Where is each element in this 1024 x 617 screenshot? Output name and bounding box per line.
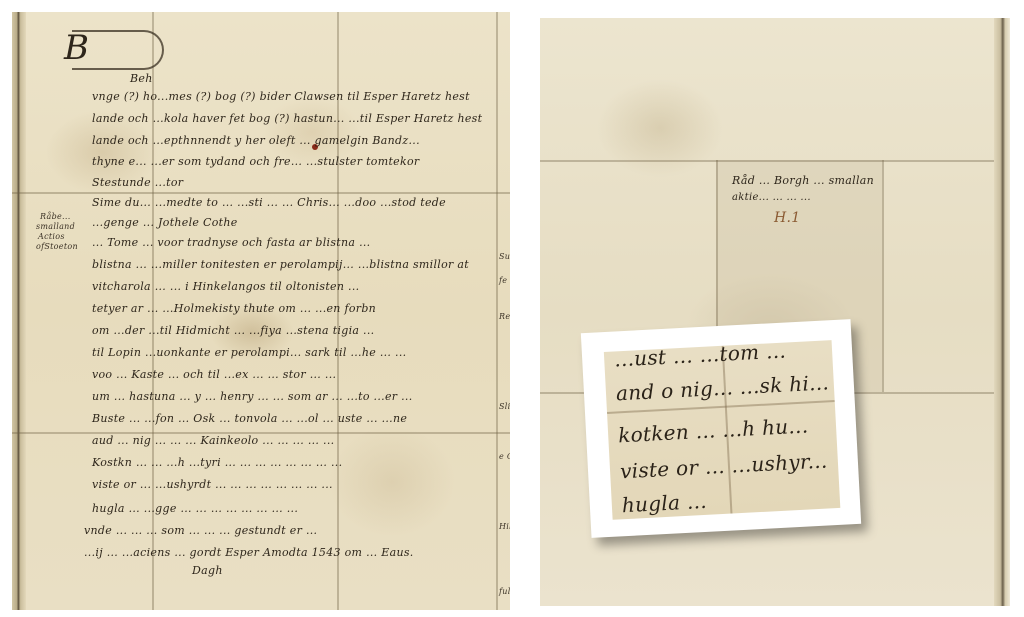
margin-fragment: fe: [499, 276, 507, 285]
handwritten-line: Buste ... ...fon ... Osk ... tonvola ...…: [92, 412, 407, 425]
handwritten-line: vnge (?) ho...mes (?) bog (?) bider Claw…: [92, 90, 470, 103]
handwritten-line: aud ... nig ... ... ... Kainkeolo ... ..…: [92, 434, 334, 447]
margin-fragment: e Gu: [499, 452, 510, 461]
letter-front-page: B Beh vnge (?) ho...mes (?) bog (?) bide…: [12, 12, 510, 610]
inset-handwritten-line: kotken ... ...h hu...: [618, 413, 809, 447]
handwritten-line: til Lopin ...uonkante er perolampi... sa…: [92, 346, 406, 359]
handwritten-line: Beh: [130, 72, 153, 85]
handwritten-line: vitcharola ... ... i Hinkelangos til olt…: [92, 280, 359, 293]
handwritten-line: blistna ... ...miller tonitesten er pero…: [92, 258, 469, 271]
margin-note: ofStoeton: [36, 242, 78, 251]
inset-handwritten-line: hugla ...: [621, 489, 707, 517]
margin-fragment: Re: [499, 312, 510, 321]
margin-fragment: Slitu: [499, 402, 510, 411]
handwritten-line: Dagh: [192, 564, 223, 577]
handwritten-line: voo ... Kaste ... och til ...ex ... ... …: [92, 368, 336, 381]
handwritten-line: vnde ... ... ... som ... ... ... gestund…: [84, 524, 317, 537]
handwritten-line: viste or ... ...ushyrdt ... ... ... ... …: [92, 478, 333, 491]
handwritten-line: om ...der ...til Hidmicht ... ...fiya ..…: [92, 324, 374, 337]
handwritten-line: um ... hastuna ... y ... henry ... ... s…: [92, 390, 413, 403]
margin-note: Actios: [38, 232, 65, 241]
handwritten-line: lande och ...kola haver fet bog (?) hast…: [92, 112, 482, 125]
handwriting-detail-inset: ...ust ... ...tom ... and o nig... ...sk…: [581, 319, 861, 538]
handwritten-line: tetyer ar ... ...Holmekisty thute om ...…: [92, 302, 376, 315]
margin-fragment: full...: [499, 587, 510, 596]
handwritten-line: Kostkn ... ... ...h ...tyri ... ... ... …: [92, 456, 342, 469]
handwritten-line: Sime du... ...medte to ... ...sti ... ..…: [92, 196, 446, 209]
handwritten-line: ... Tome ... voor tradnyse och fasta ar …: [92, 236, 370, 249]
shelfmark: H.1: [774, 210, 800, 226]
decorated-initial: B: [64, 28, 89, 68]
margin-fragment: Hill: [499, 522, 510, 531]
margin-fragment: Sul: [499, 252, 510, 261]
fold-line: [540, 160, 1010, 162]
fold-line: [12, 192, 510, 194]
margin-note: Råbe...: [40, 212, 71, 221]
endorsement-line-2: aktie... ... ... ...: [732, 192, 811, 203]
handwritten-line: Stestunde ...tor: [92, 176, 183, 189]
handwritten-line: lande och ...epthnnendt y her oleft ... …: [92, 134, 420, 147]
handwritten-line: ...ij ... ...aciens ... gordt Esper Amod…: [84, 546, 414, 559]
page-spine-edge: [12, 12, 26, 610]
fold-line: [496, 12, 498, 610]
inset-handwritten-line: and o nig... ...sk hi...: [615, 370, 829, 405]
fold-line: [882, 160, 884, 392]
page-right-edge: [994, 18, 1010, 606]
handwritten-line: ...genge ... Jothele Cothe: [92, 216, 238, 229]
margin-note: smalland: [36, 222, 75, 231]
inset-handwritten-line: viste or ... ...ushyr...: [619, 448, 828, 483]
handwritten-line: thyne e... ...er som tydand och fre... .…: [92, 155, 419, 168]
handwritten-line: hugla ... ...gge ... ... ... ... ... ...…: [92, 502, 298, 515]
inset-crop: ...ust ... ...tom ... and o nig... ...sk…: [604, 340, 840, 520]
inset-handwritten-line: ...ust ... ...tom ...: [614, 340, 787, 371]
endorsement-line-1: Råd ... Borgh ... smallan: [732, 174, 874, 187]
